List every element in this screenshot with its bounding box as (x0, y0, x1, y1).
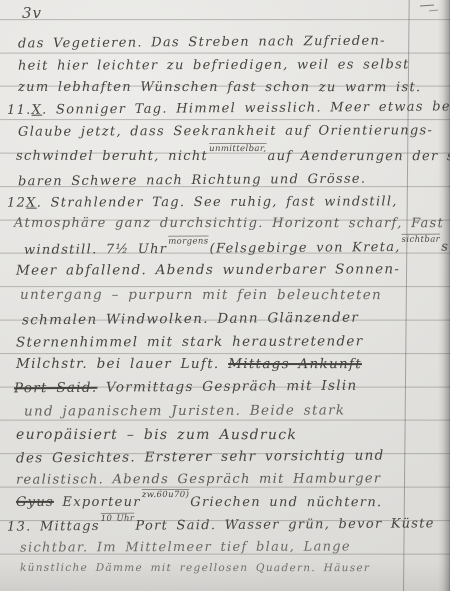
diary-line: windstill. 7½ Uhrmorgens(Felsgebirge von… (24, 240, 450, 257)
diary-text: auf Aenderungen der schein- (268, 149, 450, 164)
diary-line: Gyus Exporteurzw.60u70)Griechen und nüch… (16, 496, 382, 509)
diary-text: Exporteur (54, 495, 141, 510)
diary-text: windstill. 7½ Uhr (24, 242, 167, 258)
diary-text: 11. (7, 103, 32, 118)
diary-text: des Gesichtes. Ersterer sehr vorsichtig … (16, 448, 385, 467)
diary-line: schwindel beruht, nichtunmittelbar,auf A… (16, 150, 450, 163)
diary-text: X (32, 103, 43, 118)
diary-text: Griechen und nüchtern. (190, 495, 382, 510)
diary-page-scan: 3v das Vegetieren. Das Streben nach Zufr… (0, 0, 450, 591)
diary-text: Milchstr. bei lauer Luft. (16, 356, 228, 372)
stray-pencil-mark (420, 5, 434, 7)
diary-line: realistisch. Abends Gespräch mit Hamburg… (16, 472, 381, 486)
diary-text: Port Said. Wasser grün, bevor Küste (135, 516, 434, 533)
diary-line: europäisiert – bis zum Ausdruck (16, 428, 297, 442)
diary-text: Meer abfallend. Abends wunderbarer Sonne… (16, 261, 400, 278)
struck-through-text: Gyus (16, 495, 54, 510)
diary-text: . Sonniger Tag. Himmel weisslich. Meer e… (42, 99, 450, 118)
diary-text: steil ins (441, 239, 450, 255)
inserted-word: 10 Uhr (101, 515, 135, 524)
diary-line: untergang – purpurn mit fein beleuchtete… (20, 289, 382, 303)
diary-text: schwindel beruht, nicht (16, 149, 208, 164)
stray-pencil-mark (429, 10, 438, 12)
diary-line: Meer abfallend. Abends wunderbarer Sonne… (16, 263, 400, 278)
diary-line: 12X. Strahlender Tag. See ruhig, fast wi… (7, 195, 398, 209)
diary-line: 13. Mittags10 UhrPort Said. Wasser grün,… (7, 517, 435, 533)
diary-text: europäisiert – bis zum Ausdruck (16, 427, 297, 443)
inserted-word: sichtbar (402, 236, 441, 245)
diary-line: baren Schwere nach Richtung und Grösse. (18, 173, 366, 189)
diary-line: Sternenhimmel mit stark heraustretender (16, 335, 363, 350)
diary-text: zum lebhaften Wünschen fast schon zu war… (18, 80, 421, 95)
diary-text: (Felsgebirge von Kreta, (210, 240, 401, 257)
diary-line: Atmosphäre ganz durchsichtig. Horizont s… (14, 217, 444, 230)
diary-line: heit hier leichter zu befriedigen, weil … (18, 58, 410, 72)
diary-text: 13. Mittags (7, 519, 100, 535)
diary-line: des Gesichtes. Ersterer sehr vorsichtig … (16, 450, 385, 466)
diary-line: sichtbar. Im Mittelmeer tief blau, Lange (20, 540, 351, 554)
diary-text: Vormittags Gespräch mit Islin (97, 378, 357, 396)
diary-text: 12 (7, 196, 26, 211)
diary-text: . Strahlender Tag. See ruhig, fast winds… (37, 194, 398, 210)
diary-line: Port Said. Vormittags Gespräch mit Islin (14, 380, 358, 396)
folio-number: 3v (22, 4, 42, 22)
diary-line: Milchstr. bei lauer Luft. Mittags Ankunf… (16, 358, 362, 372)
diary-text: das Vegetieren. Das Streben nach Zufried… (18, 34, 386, 52)
inserted-word: morgens (168, 237, 208, 246)
diary-line: das Vegetieren. Das Streben nach Zufried… (18, 35, 386, 51)
struck-through-text: Mittags Ankunft (228, 356, 362, 372)
diary-text: künstliche Dämme mit regellosen Quadern.… (20, 562, 370, 574)
diary-text: heit hier leichter zu befriedigen, weil … (18, 57, 410, 73)
diary-line: schmalen Windwolken. Dann Glänzender (22, 312, 359, 328)
struck-through-text: Port Said. (14, 380, 98, 397)
diary-line: und japanischem Juristen. Beide stark (24, 404, 345, 419)
diary-text: realistisch. Abends Gespräch mit Hamburg… (16, 471, 381, 487)
diary-line: 11.X. Sonniger Tag. Himmel weisslich. Me… (7, 100, 450, 117)
inserted-word: zw.60u70) (142, 491, 189, 500)
diary-text: schmalen Windwolken. Dann Glänzender (22, 310, 359, 329)
diary-text: X (26, 196, 37, 211)
diary-text: sichtbar. Im Mittelmeer tief blau, Lange (20, 539, 351, 555)
diary-text: Atmosphäre ganz durchsichtig. Horizont s… (14, 216, 444, 231)
diary-line: künstliche Dämme mit regellosen Quadern.… (20, 563, 370, 574)
diary-text: untergang – purpurn mit fein beleuchtete… (20, 287, 382, 303)
diary-line: zum lebhaften Wünschen fast schon zu war… (18, 81, 421, 94)
diary-text: baren Schwere nach Richtung und Grösse. (18, 172, 366, 190)
diary-line: Glaube jetzt, dass Seekrankheit auf Orie… (18, 124, 433, 138)
diary-text: Sternenhimmel mit stark heraustretender (16, 333, 364, 350)
diary-text: Glaube jetzt, dass Seekrankheit auf Orie… (18, 123, 433, 139)
inserted-word: unmittelbar, (209, 145, 266, 154)
diary-text: und japanischem Juristen. Beide stark (24, 402, 345, 419)
